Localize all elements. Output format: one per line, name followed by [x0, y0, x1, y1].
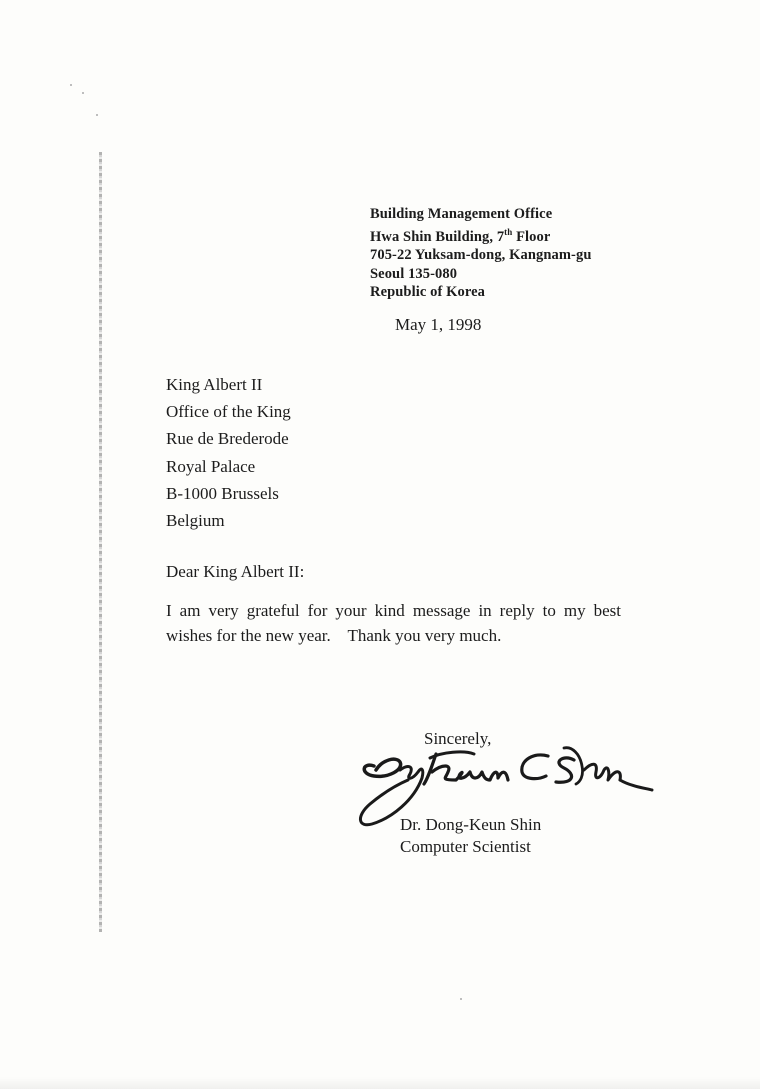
scan-speck [460, 998, 462, 1000]
sender-line: 705-22 Yuksam-dong, Kangnam-gu [370, 246, 592, 264]
scan-margin-line [99, 152, 102, 932]
letter-body: I am very grateful for your kind message… [166, 598, 621, 648]
sender-line: Hwa Shin Building, 7th Floor [370, 223, 592, 246]
scan-speck [70, 84, 72, 86]
sender-address: Building Management Office Hwa Shin Buil… [370, 205, 592, 301]
sender-line: Republic of Korea [370, 283, 592, 301]
sender-line: Seoul 135-080 [370, 265, 592, 283]
signer-title: Computer Scientist [400, 836, 541, 858]
recipient-line: Belgium [166, 507, 291, 534]
letter-date: May 1, 1998 [395, 315, 481, 335]
recipient-line: King Albert II [166, 371, 291, 398]
letter-page: Building Management Office Hwa Shin Buil… [0, 0, 760, 1089]
salutation: Dear King Albert II: [166, 562, 304, 582]
sender-line: Building Management Office [370, 205, 592, 223]
recipient-line: B-1000 Brussels [166, 480, 291, 507]
scan-bottom-edge [0, 1077, 760, 1089]
signer-name: Dr. Dong-Keun Shin [400, 814, 541, 836]
recipient-line: Office of the King [166, 398, 291, 425]
signer-block: Dr. Dong-Keun Shin Computer Scientist [400, 814, 541, 858]
recipient-address: King Albert II Office of the King Rue de… [166, 371, 291, 534]
scan-speck [82, 92, 84, 94]
recipient-line: Royal Palace [166, 453, 291, 480]
scan-speck [96, 114, 98, 116]
recipient-line: Rue de Brederode [166, 425, 291, 452]
